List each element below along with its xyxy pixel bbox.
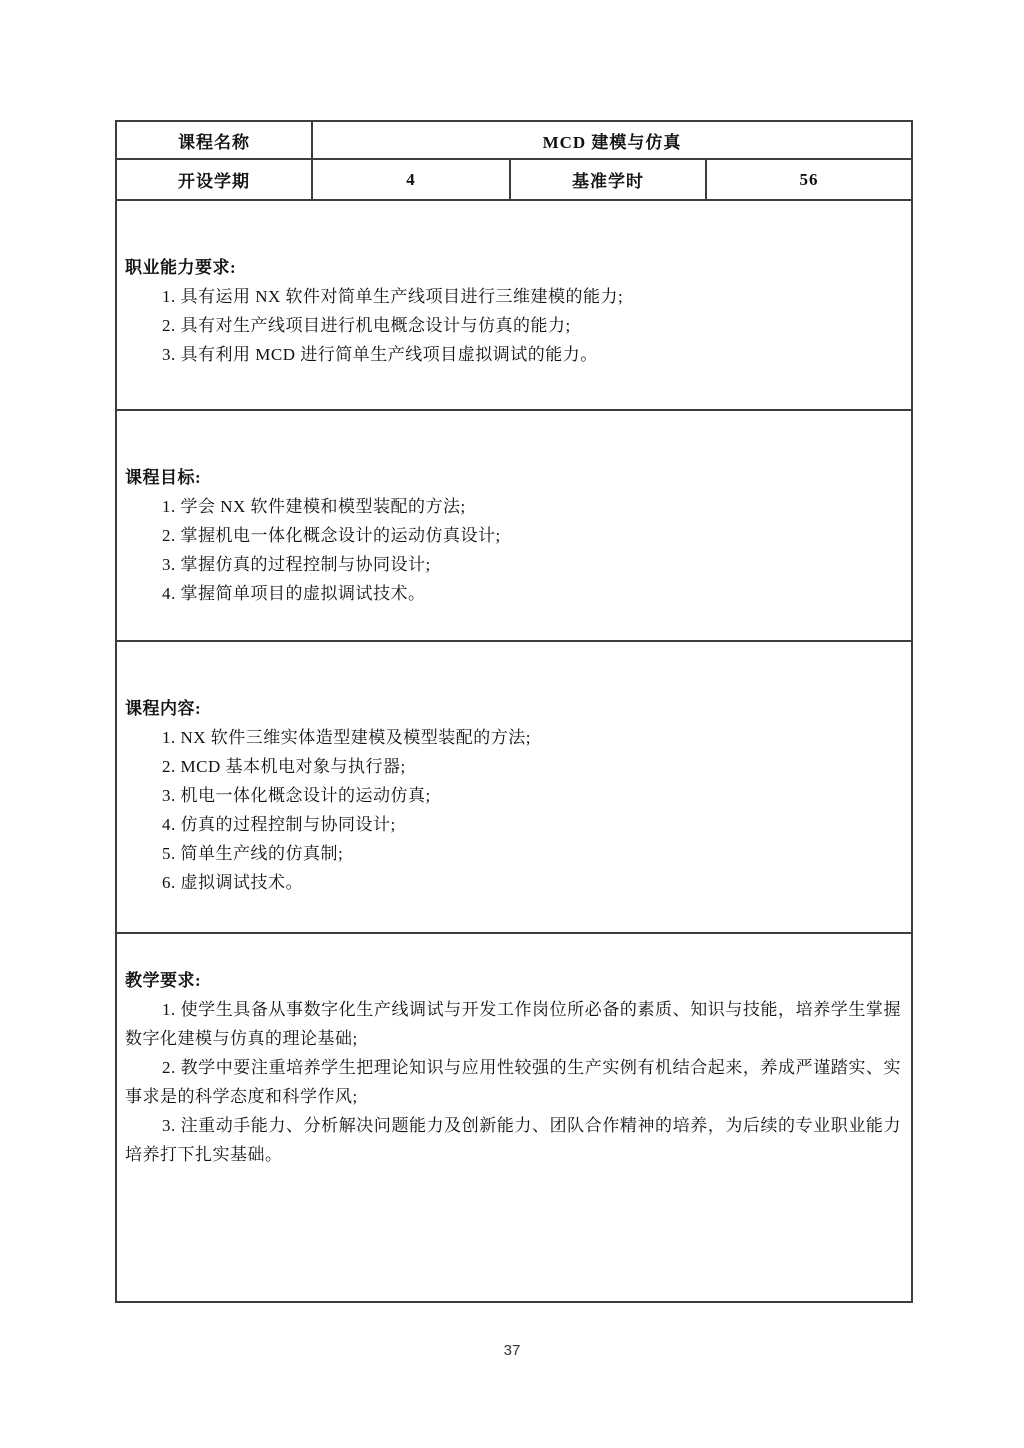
list-item: 2. 教学中要注重培养学生把理论知识与应用性较强的生产实例有机结合起来，养成严谨… xyxy=(125,1053,901,1111)
list-item: 2. 掌握机电一体化概念设计的运动仿真设计; xyxy=(162,521,901,550)
section-teaching-requirements: 教学要求: 1. 使学生具备从事数字化生产线调试与开发工作岗位所必备的素质、知识… xyxy=(117,934,911,1301)
list-item: 1. 具有运用 NX 软件对简单生产线项目进行三维建模的能力; xyxy=(162,282,901,311)
list-item: 2. MCD 基本机电对象与执行器; xyxy=(162,752,901,781)
semester-label-cell: 开设学期 xyxy=(117,160,311,199)
section-heading: 职业能力要求: xyxy=(125,253,901,282)
list-item: 3. 机电一体化概念设计的运动仿真; xyxy=(162,781,901,810)
list-item: 4. 掌握简单项目的虚拟调试技术。 xyxy=(162,579,901,608)
teaching-paragraphs: 1. 使学生具备从事数字化生产线调试与开发工作岗位所必备的素质、知识与技能，培养… xyxy=(125,995,901,1169)
section-heading: 课程内容: xyxy=(125,694,901,723)
list-item: 2. 具有对生产线项目进行机电概念设计与仿真的能力; xyxy=(162,311,901,340)
ability-list: 1. 具有运用 NX 软件对简单生产线项目进行三维建模的能力;2. 具有对生产线… xyxy=(125,282,901,369)
base-hours-label-cell: 基准学时 xyxy=(509,160,705,199)
header-row-semester-hours: 开设学期 4 基准学时 56 xyxy=(117,160,911,201)
list-item: 1. 学会 NX 软件建模和模型装配的方法; xyxy=(162,492,901,521)
list-item: 3. 注重动手能力、分析解决问题能力及创新能力、团队合作精神的培养，为后续的专业… xyxy=(125,1111,901,1169)
content-list: 1. NX 软件三维实体造型建模及模型装配的方法;2. MCD 基本机电对象与执… xyxy=(125,723,901,897)
list-item: 6. 虚拟调试技术。 xyxy=(162,868,901,897)
section-heading: 教学要求: xyxy=(125,966,901,995)
page-number: 37 xyxy=(0,1342,1024,1359)
list-item: 1. 使学生具备从事数字化生产线调试与开发工作岗位所必备的素质、知识与技能，培养… xyxy=(125,995,901,1053)
course-name-value-cell: MCD 建模与仿真 xyxy=(311,122,911,158)
course-name-label-cell: 课程名称 xyxy=(117,122,311,158)
section-course-content: 课程内容: 1. NX 软件三维实体造型建模及模型装配的方法;2. MCD 基本… xyxy=(117,642,911,934)
section-course-objectives: 课程目标: 1. 学会 NX 软件建模和模型装配的方法;2. 掌握机电一体化概念… xyxy=(117,411,911,642)
semester-value-cell: 4 xyxy=(311,160,509,199)
list-item: 4. 仿真的过程控制与协同设计; xyxy=(162,810,901,839)
list-item: 5. 简单生产线的仿真制; xyxy=(162,839,901,868)
list-item: 3. 掌握仿真的过程控制与协同设计; xyxy=(162,550,901,579)
header-row-course-name: 课程名称 MCD 建模与仿真 xyxy=(117,122,911,160)
base-hours-value-cell: 56 xyxy=(705,160,911,199)
objectives-list: 1. 学会 NX 软件建模和模型装配的方法;2. 掌握机电一体化概念设计的运动仿… xyxy=(125,492,901,608)
section-professional-ability: 职业能力要求: 1. 具有运用 NX 软件对简单生产线项目进行三维建模的能力;2… xyxy=(117,201,911,411)
course-description-table: 课程名称 MCD 建模与仿真 开设学期 4 基准学时 56 职业能力要求: 1.… xyxy=(115,120,913,1303)
list-item: 1. NX 软件三维实体造型建模及模型装配的方法; xyxy=(162,723,901,752)
list-item: 3. 具有利用 MCD 进行简单生产线项目虚拟调试的能力。 xyxy=(162,340,901,369)
section-heading: 课程目标: xyxy=(125,463,901,492)
